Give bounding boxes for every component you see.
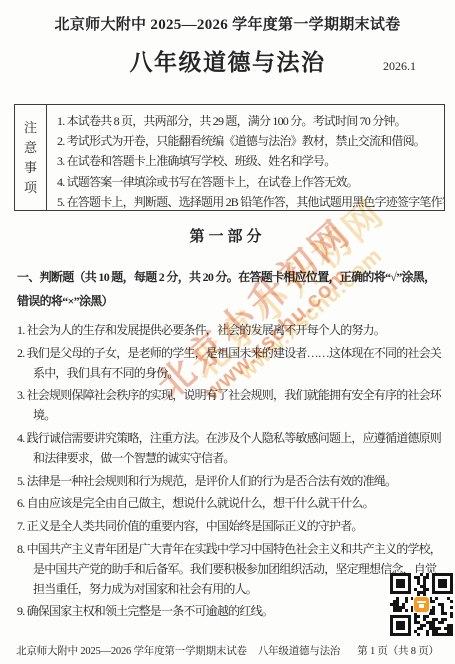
- notice-label-char: 注: [24, 121, 37, 134]
- notice-item: 4. 试题答案一律填涂或书写在答题卡上，在试卷上作答无效。: [57, 172, 442, 192]
- notice-box: 注意事项 1. 本试卷共 8 页，共两部分，共 29 题，满分 100 分。考试…: [14, 104, 445, 211]
- section-one-heading: 一、判断题（共 10 题，每题 2 分，共 20 分。在答题卡相应位置，正确的将…: [17, 266, 442, 313]
- question-item: 1. 社会为人的生存和发展提供必要条件，社会的发展离不开每个人的努力。: [17, 321, 447, 341]
- footer-exam-title: 北京师大附中 2025—2026 学年度第一学期期末试卷: [16, 646, 247, 657]
- notice-label-char: 意: [24, 141, 37, 154]
- notice-label-column: 注意事项: [15, 105, 47, 210]
- question-item: 5. 法律是一种社会规则和行为规范，是评价人们的行为是否合法有效的准绳。: [17, 472, 447, 492]
- notice-item: 2. 考试形式为开卷，只能翻看统编《道德与法治》教材，禁止交流和借阅。: [57, 131, 442, 151]
- question-item: 4. 践行诚信需要讲究策略，注重方法。在涉及个人隐私等敏感问题上，应遵循道德原则…: [17, 429, 447, 469]
- notice-item-list: 1. 本试卷共 8 页，共两部分，共 29 题，满分 100 分。考试时间 70…: [47, 105, 444, 210]
- qr-code: [390, 573, 453, 636]
- notice-label-char: 事: [24, 161, 37, 174]
- part-one-title: 第一部分: [0, 225, 455, 246]
- exam-paper-page: 北京师大附中 2025—2026 学年度第一学期期末试卷 八年级道德与法治 20…: [0, 0, 455, 664]
- exam-date: 2026.1: [383, 59, 416, 74]
- footer-subject: 八年级道德与法治: [258, 646, 340, 657]
- page-footer: 北京师大附中 2025—2026 学年度第一学期期末试卷八年级道德与法治第 1 …: [0, 643, 455, 658]
- question-item: 7. 正义是全人类共同价值的重要内容，中国始终是国际正义的守护者。: [17, 517, 447, 537]
- question-item: 3. 社会规则保障社会秩序的实现，说明有了社会规则，我们就能拥有安全有序的社会环…: [17, 386, 447, 426]
- question-item: 9. 确保国家主权和领土完整是一条不可逾越的红线。: [17, 602, 447, 622]
- notice-label-char: 项: [24, 181, 37, 194]
- exam-title: 北京师大附中 2025—2026 学年度第一学期期末试卷: [0, 13, 455, 34]
- footer-page-number: 第 1 页（共 8 页）: [357, 646, 439, 657]
- notice-item: 3. 在试卷和答题卡上准确填写学校、班级、姓名和学号。: [57, 151, 442, 171]
- question-item: 8. 中国共产主义青年团是广大青年在实践中学习中国特色社会主义和共产主义的学校，…: [17, 540, 447, 599]
- notice-item: 1. 本试卷共 8 页，共两部分，共 29 题，满分 100 分。考试时间 70…: [57, 111, 442, 131]
- question-item: 6. 自由应该是完全由自己做主，想说什么就说什么，想干什么就干什么。: [17, 494, 447, 514]
- question-item: 2. 我们是父母的子女，是老师的学生，是祖国未来的建设者……这体现在不同的社会关…: [17, 344, 447, 384]
- question-list: 1. 社会为人的生存和发展提供必要条件，社会的发展离不开每个人的努力。2. 我们…: [17, 321, 447, 625]
- notice-item: 5. 在答题卡上，判断题、选择题用 2B 铅笔作答，其他试题用黑色字迹签字笔作答…: [57, 192, 442, 210]
